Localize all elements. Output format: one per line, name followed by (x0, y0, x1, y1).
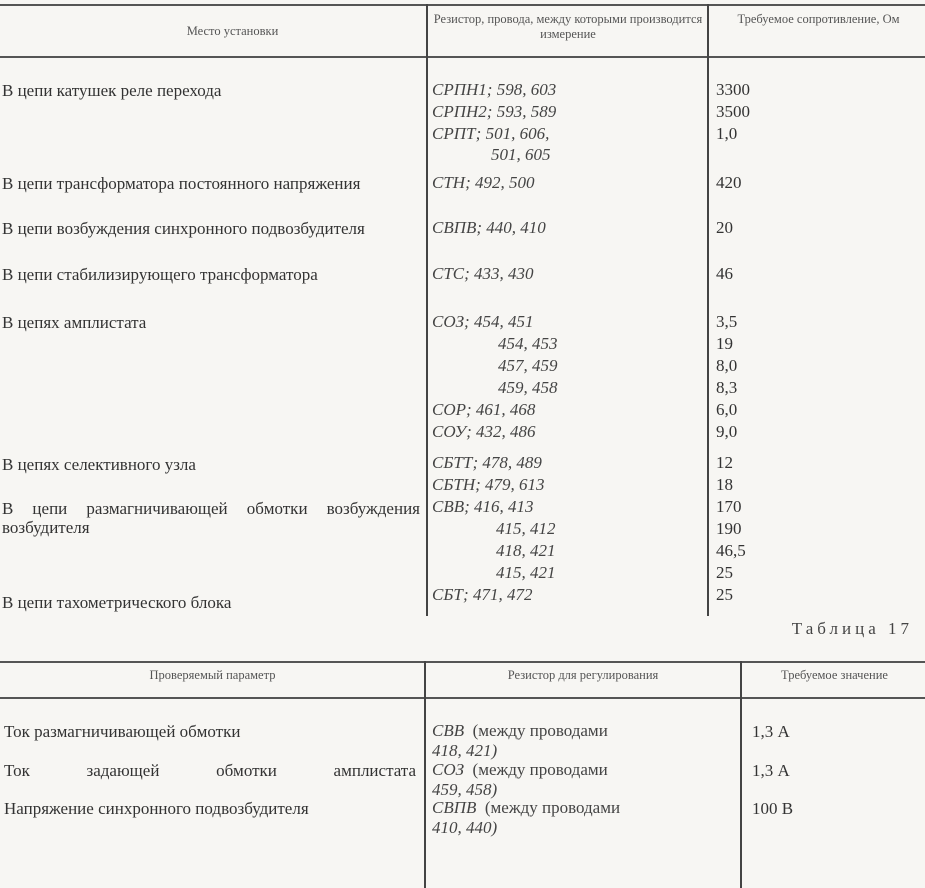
table-top-rule (0, 661, 925, 663)
header-bottom-rule (0, 697, 925, 699)
resistor-code: СВПВ (432, 798, 476, 817)
resistance-value: 1,0 (716, 123, 737, 145)
place-cell: В цепи катушек реле перехода (2, 81, 420, 100)
resistor-cell: 457, 459 (498, 355, 558, 377)
column-divider (424, 661, 426, 888)
resistance-value: 3300 (716, 79, 750, 101)
column-divider (426, 4, 428, 616)
resistor-wires: 418, 421) (432, 741, 497, 760)
resistor-cell: 454, 453 (498, 333, 558, 355)
resistor-cell: СВПВ; 440, 410 (432, 217, 546, 239)
resistor-cell: 501, 605 (491, 144, 551, 166)
resistor-cell: СБТ; 471, 472 (432, 584, 532, 606)
header-parameter: Проверяемый параметр (0, 668, 425, 683)
resistor-wires: 459, 458) (432, 780, 497, 799)
resistor-cell: СРПН1; 598, 603 (432, 79, 556, 101)
resistor-cell: СВПВ (между проводами 410, 440) (432, 798, 718, 837)
resistance-value: 170 (716, 496, 742, 518)
resistance-value: 8,3 (716, 377, 737, 399)
resistance-value: 6,0 (716, 399, 737, 421)
resistance-value: 18 (716, 474, 733, 496)
resistor-cell: СОР; 461, 468 (432, 399, 535, 421)
required-value: 1,3 А (752, 722, 790, 742)
column-divider (740, 661, 742, 888)
resistance-value: 3,5 (716, 311, 737, 333)
resistor-cell: СТС; 433, 430 (432, 263, 534, 285)
resistor-note: (между проводами (485, 798, 620, 817)
header-bottom-rule (0, 56, 925, 58)
header-resistor: Резистор, провода, между которыми произв… (430, 12, 706, 58)
required-value: 1,3 А (752, 761, 790, 781)
header-resistance: Требуемое сопротивление, Ом (712, 12, 925, 58)
resistance-value: 190 (716, 518, 742, 540)
resistance-value: 420 (716, 172, 742, 194)
resistor-cell: 415, 421 (496, 562, 556, 584)
resistance-value: 25 (716, 584, 733, 606)
resistor-cell: СБТТ; 478, 489 (432, 452, 542, 474)
resistor-cell: СОЗ; 454, 451 (432, 311, 533, 333)
table-top-rule (0, 4, 925, 6)
parameter-cell: Напряжение синхронного подвозбудителя (4, 799, 416, 818)
resistance-value: 12 (716, 452, 733, 474)
resistor-note: (между проводами (473, 721, 608, 740)
place-cell: В цепи трансформатора постоянного напряж… (2, 174, 420, 193)
resistor-cell: СОЗ (между проводами 459, 458) (432, 760, 718, 799)
resistor-cell: 459, 458 (498, 377, 558, 399)
resistor-cell: 415, 412 (496, 518, 556, 540)
resistor-cell: СОУ; 432, 486 (432, 421, 535, 443)
place-cell: В цепи тахометрического блока (2, 593, 420, 612)
place-cell: В цепях селективного узла (2, 455, 420, 474)
resistor-cell: СРПТ; 501, 606, (432, 123, 549, 145)
parameter-cell: Ток размагничивающей обмотки (4, 722, 416, 741)
header-required: Требуемое значение (744, 668, 925, 683)
resistor-cell: СБТН; 479, 613 (432, 474, 545, 496)
resistor-cell: СТН; 492, 500 (432, 172, 534, 194)
resistance-value: 8,0 (716, 355, 737, 377)
place-cell: В цепях амплистата (2, 313, 420, 332)
parameter-cell: Ток задающей обмотки амплистата (4, 761, 416, 780)
place-cell: В цепи стабилизирующего трансформатора (2, 265, 420, 284)
resistance-value: 46,5 (716, 540, 746, 562)
resistance-value: 20 (716, 217, 733, 239)
resistor-code: СВВ (432, 721, 464, 740)
resistor-cell: 418, 421 (496, 540, 556, 562)
resistor-code: СОЗ (432, 760, 464, 779)
resistor-cell: СВВ (между проводами 418, 421) (432, 721, 718, 760)
resistance-value: 19 (716, 333, 733, 355)
required-value: 100 В (752, 799, 793, 819)
place-cell: В цепи размагничивающей обмотки возбужде… (2, 499, 420, 537)
resistor-note: (между проводами (473, 760, 608, 779)
resistance-value: 9,0 (716, 421, 737, 443)
table-caption: Таблица 17 (792, 619, 913, 639)
header-resistor: Резистор для регулирования (428, 668, 738, 683)
resistor-cell: СВВ; 416, 413 (432, 496, 534, 518)
resistance-value: 3500 (716, 101, 750, 123)
resistance-value: 46 (716, 263, 733, 285)
header-place: Место установки (0, 8, 425, 54)
place-cell: В цепи возбуждения синхронного подвозбуд… (2, 219, 420, 238)
resistor-wires: 410, 440) (432, 818, 497, 837)
resistor-cell: СРПН2; 593, 589 (432, 101, 556, 123)
resistance-value: 25 (716, 562, 733, 584)
column-divider (707, 4, 709, 616)
